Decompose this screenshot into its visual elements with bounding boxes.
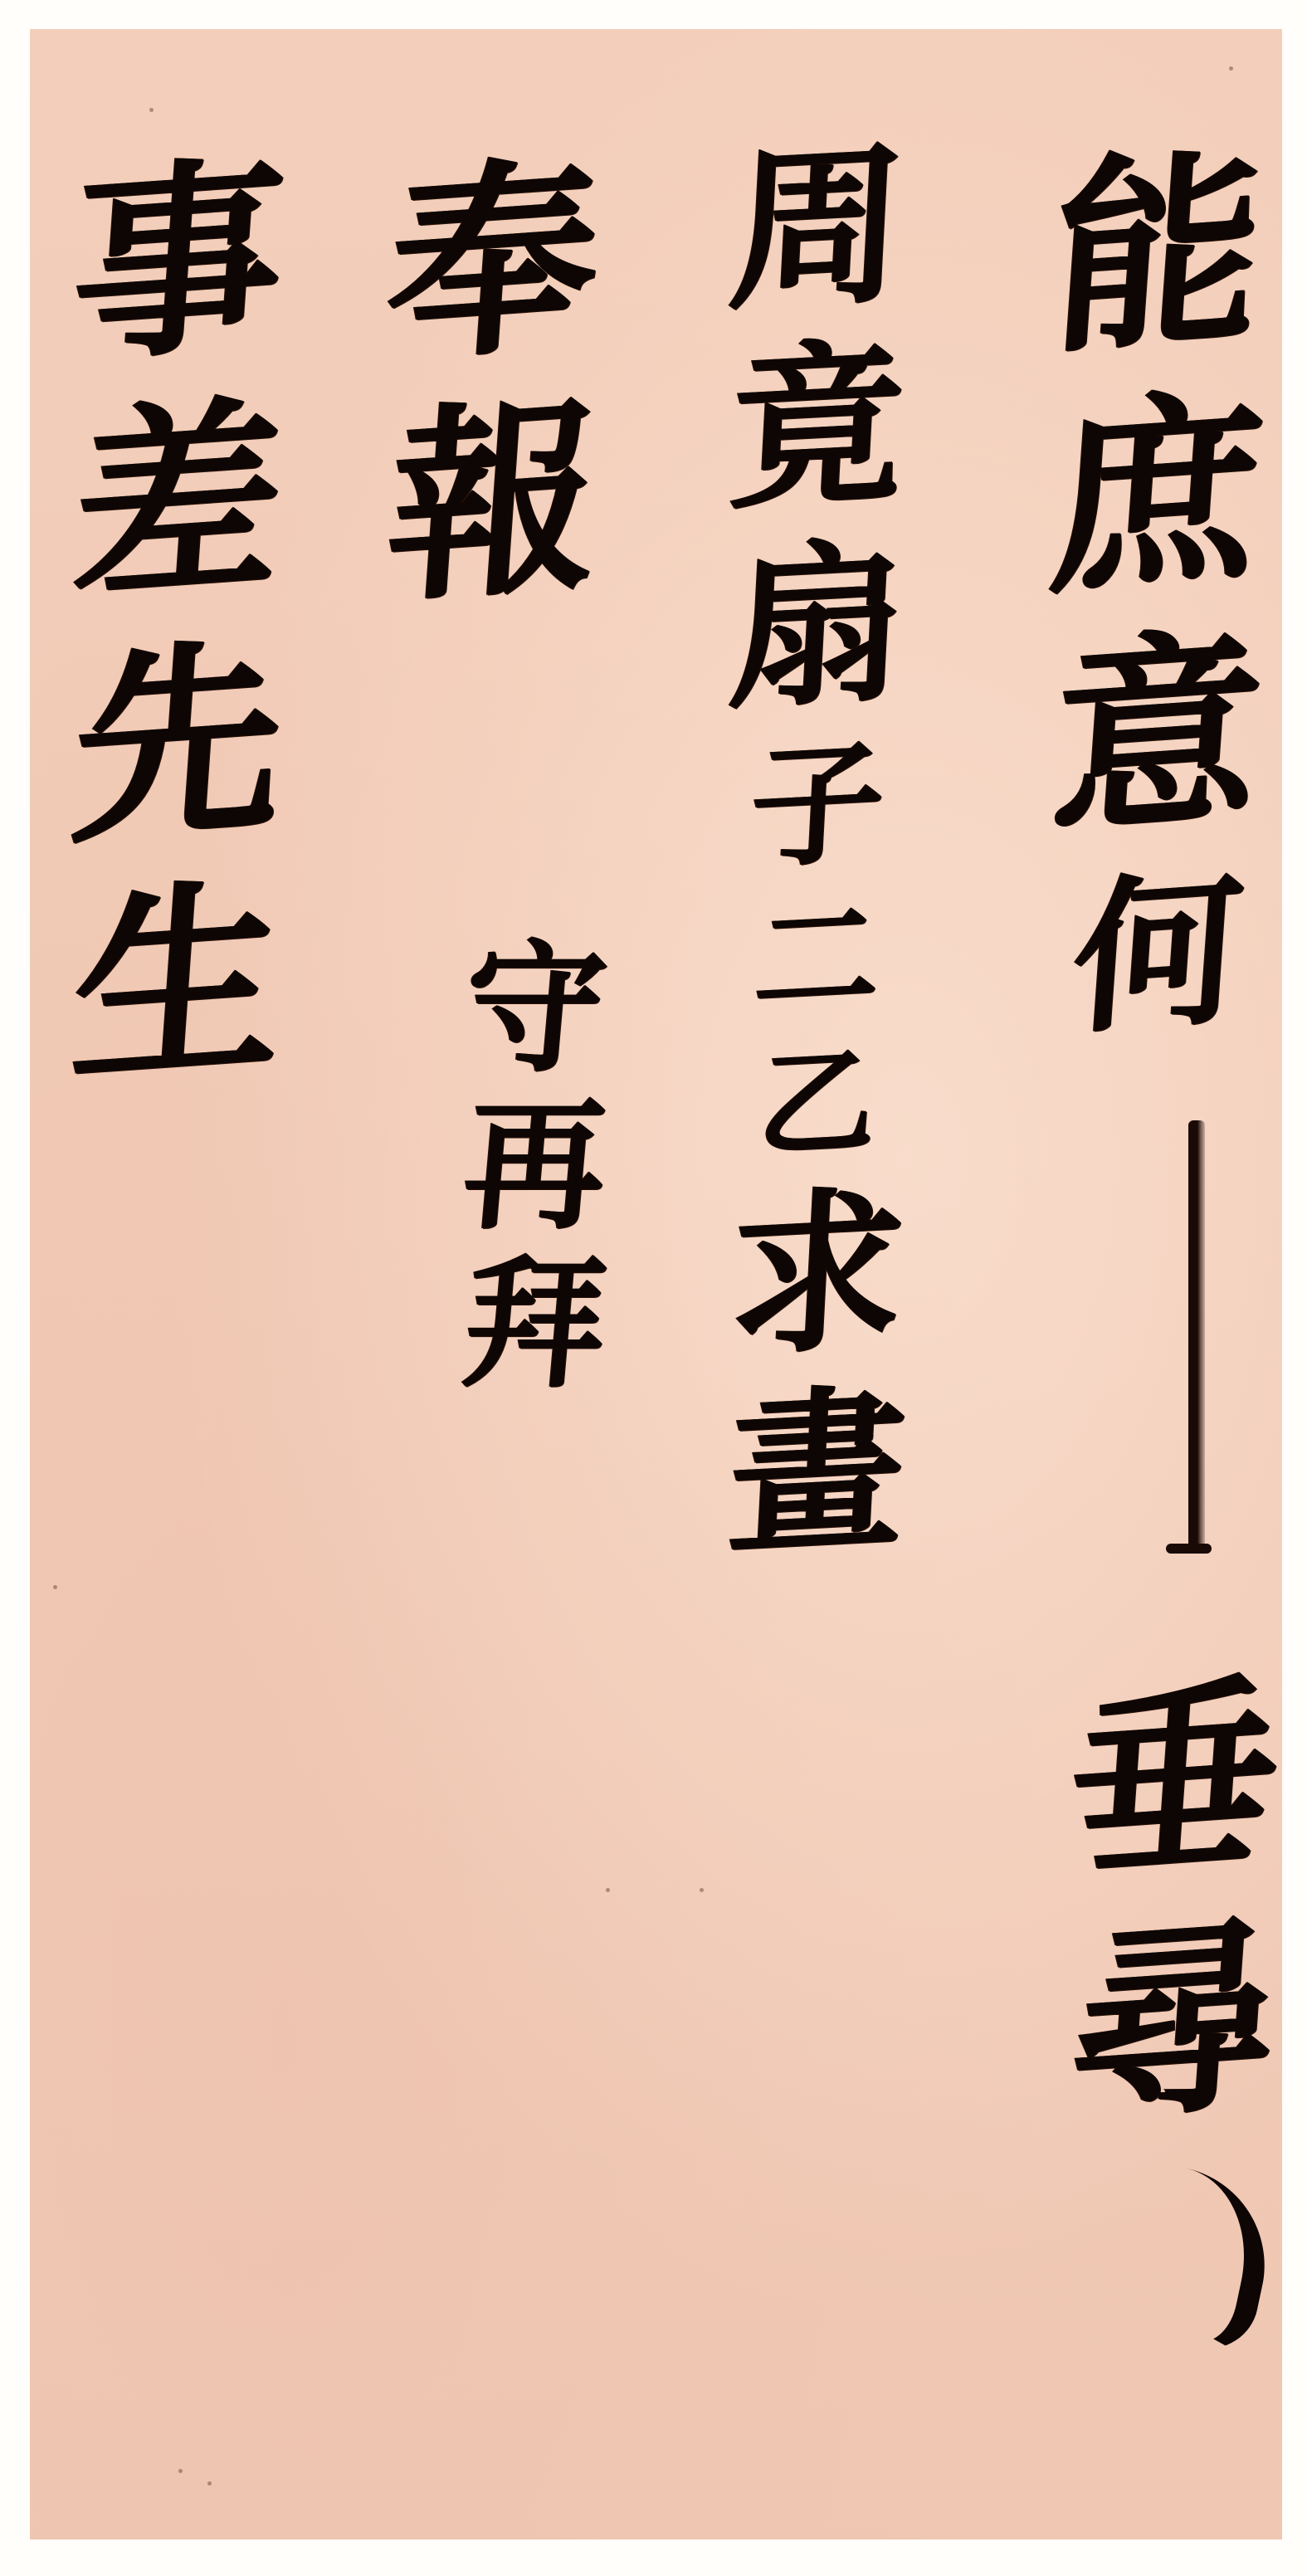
paper-speck [1229, 66, 1233, 71]
glyph: 守 [459, 938, 612, 1079]
glyph: 奉 [382, 151, 605, 373]
dry-brush-tail-foot [1166, 1544, 1212, 1554]
glyph: 庶 [1046, 383, 1269, 605]
signature-column: 守 再 拜 [465, 938, 606, 1411]
glyph: 垂 [1062, 1670, 1285, 1891]
glyph: 先 [66, 632, 290, 854]
glyph: 何 [1068, 866, 1247, 1042]
glyph: 畫 [725, 1382, 910, 1565]
glyph: 尋 [1062, 1910, 1285, 2132]
calligraphy-column-2: 周 竟 扇 子 二 乙 求 畫 [730, 141, 905, 1585]
calligraphy-column-4: 事 差 先 生 [75, 158, 282, 1120]
glyph: 周 [725, 137, 910, 320]
calligraphy-column-3: 奉 報 [390, 158, 597, 639]
glyph: 扇 [725, 535, 910, 719]
glyph: 求 [725, 1183, 910, 1366]
glyph: 子 [747, 735, 887, 875]
glyph: 生 [66, 873, 290, 1095]
paper-speck [178, 2469, 183, 2473]
glyph: 意 [1046, 624, 1269, 846]
calligraphy-column-1-lower: 垂 尋 [1070, 1676, 1278, 2158]
glyph: 報 [382, 392, 605, 613]
glyph: 竟 [725, 336, 910, 520]
paper-speck [700, 1888, 704, 1892]
dry-brush-tail-stroke [1188, 1120, 1205, 1552]
paper-speck [207, 2481, 212, 2486]
glyph: 差 [66, 392, 290, 613]
paper-speck [53, 1585, 57, 1589]
glyph: 拜 [459, 1253, 612, 1394]
calligraphy-column-1: 能 庶 意 何 [1054, 149, 1261, 1071]
glyph: 二 [752, 893, 884, 1024]
glyph: 再 [459, 1095, 612, 1237]
glyph: 能 [1046, 143, 1269, 364]
glyph: 乙 [756, 1042, 879, 1164]
paper-speck [149, 108, 154, 112]
glyph: 事 [66, 151, 290, 373]
paper-speck [606, 1888, 610, 1892]
